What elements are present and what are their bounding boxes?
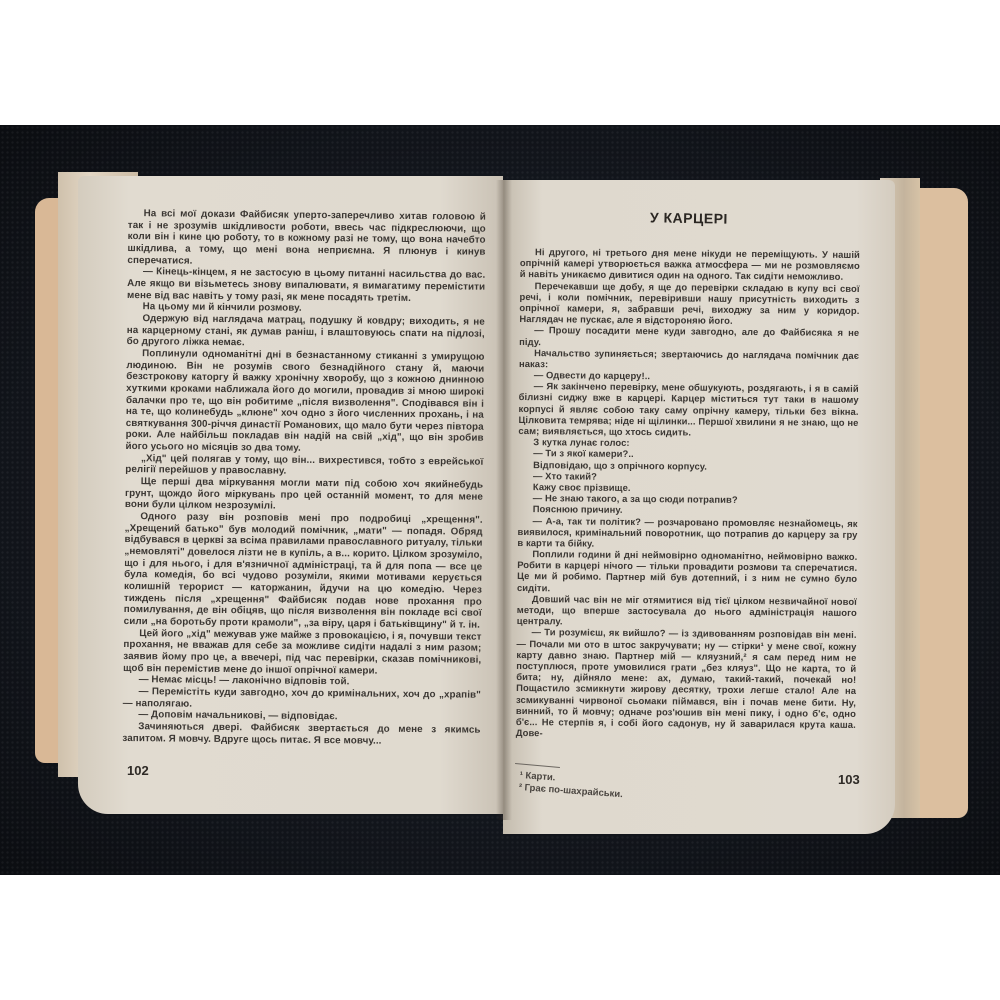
book-gutter xyxy=(496,180,512,820)
paragraph: На всі мої докази Файбисяк уперто-запере… xyxy=(127,208,486,270)
paragraph: Начальство зупиняється; звертаючись до н… xyxy=(519,347,859,372)
paragraph: Ще перші два міркування могли мати під с… xyxy=(125,476,483,515)
paragraph: — Як закінчено перевірку, мене обшукують… xyxy=(518,380,858,439)
right-page-text: Ні другого, ні третього дня мене нікуди … xyxy=(516,246,860,741)
paragraph: Одержую від наглядача матрац, подушку й … xyxy=(127,313,485,352)
paragraph: — Прошу посадити мене куди завгодно, але… xyxy=(519,324,859,349)
paragraph: Поплили години й дні неймовірно одномані… xyxy=(517,548,857,596)
paragraph: Перечекавши ще добу, я ще до перевірки с… xyxy=(519,280,859,328)
paragraph: Довший час він не міг отямитися від тієї… xyxy=(517,593,857,630)
paragraph: Одного разу він розповів мені про подроб… xyxy=(124,511,483,631)
paragraph: Ні другого, ні третього дня мене нікуди … xyxy=(520,246,860,283)
chapter-title: У КАРЦЕРІ xyxy=(650,209,728,226)
page-number-left: 102 xyxy=(127,763,149,778)
paragraph: Зачиняються двері. Файбисяк звертається … xyxy=(122,721,480,748)
paragraph: — Ти розумієш, як вийшло? — із здивованн… xyxy=(516,626,857,741)
paragraph: — А-а, так ти політик? — розчаровано про… xyxy=(517,514,857,551)
paragraph: Поплинули одноманітні дні в безнастанном… xyxy=(125,348,484,457)
left-page-text: На всі мої докази Файбисяк уперто-запере… xyxy=(122,208,486,748)
page-number-right: 103 xyxy=(838,772,860,787)
paragraph: — Кінець-кінцем, я не застосую в цьому п… xyxy=(127,266,485,305)
paragraph: Цей його „хід" межував уже майже з прово… xyxy=(123,628,481,678)
